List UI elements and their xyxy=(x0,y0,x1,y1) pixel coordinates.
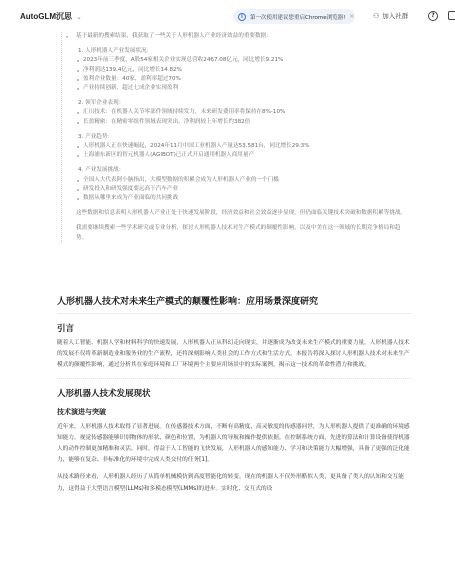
list-item: 全国人大代表阿小脑指出，大模型数据的积累会成为人形机器人产业的一个门槛 xyxy=(76,176,411,185)
users-icon: ⚇ xyxy=(373,12,379,20)
list-item: 产业持续创新，超过七成企业实现盈利 xyxy=(76,84,411,93)
notice-text: 第一次使用建议您重启Chrome浏览器! xyxy=(250,13,345,21)
help-icon[interactable]: ? xyxy=(428,11,438,21)
list-item: 人形机器人正在快速崛起，2024年11月中国工业机器人产量达53.581台，同比… xyxy=(76,142,411,151)
close-icon[interactable]: × xyxy=(349,13,354,20)
list-item: 盈利企业数量：40家，盈利率超过70% xyxy=(76,75,411,84)
list-item: 2023年前三季度，A股54家相关企业实现总营收2467.08亿元，同比增长9.… xyxy=(76,56,411,65)
list-item: 数据从哪里来成为产业面临的共同挑战 xyxy=(76,194,411,203)
list-item: 上海浦东新区的智元机器人(AGIBOT)已正式开启通用机器人商用量产 xyxy=(76,151,411,160)
join-community-label: 加入社群 xyxy=(382,11,408,20)
chevron-down-icon: ⌄ xyxy=(76,13,82,21)
list-item: 汇川技术：在机器人关节零部件领域持续发力，未来研发费用率将保持在8%-10% xyxy=(76,108,411,117)
list-item: 长盈精密：在精密零组件领域表现突出，净利润较上年增长约382倍 xyxy=(76,118,411,127)
intro-heading: 引言 xyxy=(57,322,412,334)
section-title: 4. 产业发展挑战： xyxy=(76,166,411,175)
app-title: AutoGLM沉思 xyxy=(20,11,72,22)
sub-heading: 技术演进与突破 xyxy=(57,407,412,417)
thought-lead: 基于最新的搜索结果，我获取了一些关于人形机器人产业经济效益的重要数据： xyxy=(76,32,411,41)
body-paragraph: 从技术路径来看，人形机器人经历了从简单机械模仿到高度智能化的转变。现在的机器人不… xyxy=(57,472,412,494)
thought-section: 2. 领军企业表现： 汇川技术：在机器人关节零部件领域持续发力，未来研发费用率将… xyxy=(76,99,411,127)
feedback-icon[interactable] xyxy=(448,11,455,20)
status-heading: 人形机器人技术发展现状 xyxy=(57,387,412,399)
notice-banner: i 第一次使用建议您重启Chrome浏览器! × xyxy=(233,9,355,24)
list-item: 净利润达139.4亿元，同比增长14.82% xyxy=(76,66,411,75)
thinking-block: 基于最新的搜索结果，我获取了一些关于人形机器人产业经济效益的重要数据： 1. 人… xyxy=(61,32,411,243)
intro-paragraph: 随着人工智能、机器人学和材料科学的快速发展，人形机器人正从科幻走向现实，并逐渐成… xyxy=(57,338,412,372)
thought-section: 1. 人形机器人产业发展状况： 2023年前三季度，A股54家相关企业实现总营收… xyxy=(76,47,411,93)
chat-content: 基于最新的搜索结果，我获取了一些关于人形机器人产业经济效益的重要数据： 1. 人… xyxy=(0,32,455,570)
join-community-button[interactable]: ⚇ 加入社群 xyxy=(373,11,408,20)
section-title: 1. 人形机器人产业发展状况： xyxy=(76,47,411,56)
section-title: 3. 产业趋势： xyxy=(76,133,411,142)
section-divider xyxy=(57,378,412,379)
info-icon: i xyxy=(238,13,246,21)
thought-section: 4. 产业发展挑战： 全国人大代表阿小脑指出，大模型数据的积累会成为人形机器人产… xyxy=(76,166,411,203)
list-item: 研发投入和研发强度要远高于汽车产业 xyxy=(76,185,411,194)
thought-summary: 这些数据和信息表明人形机器人产业正处于快速发展阶段，经济效益和社会效益逐步显现，… xyxy=(76,209,411,218)
app-switcher[interactable]: AutoGLM沉思 ⌄ xyxy=(20,11,82,22)
thought-next-step: 我需要继续搜索一些学术研究或专业分析，探讨人形机器人技术对生产模式的颠覆性影响，… xyxy=(76,224,411,242)
body-paragraph: 近年来，人形机器人技术取得了显著进展。在传感器技术方面，不断有高精度、高灵敏度的… xyxy=(57,422,412,467)
top-bar: AutoGLM沉思 ⌄ i 第一次使用建议您重启Chrome浏览器! × ⚇ 加… xyxy=(0,0,455,32)
report-article: 人形机器人技术对未来生产模式的颠覆性影响：应用场景深度研究 引言 随着人工智能、… xyxy=(57,294,412,501)
section-title: 2. 领军企业表现： xyxy=(76,99,411,108)
article-title: 人形机器人技术对未来生产模式的颠覆性影响：应用场景深度研究 xyxy=(57,294,412,314)
thought-section: 3. 产业趋势： 人形机器人正在快速崛起，2024年11月中国工业机器人产量达5… xyxy=(76,133,411,161)
